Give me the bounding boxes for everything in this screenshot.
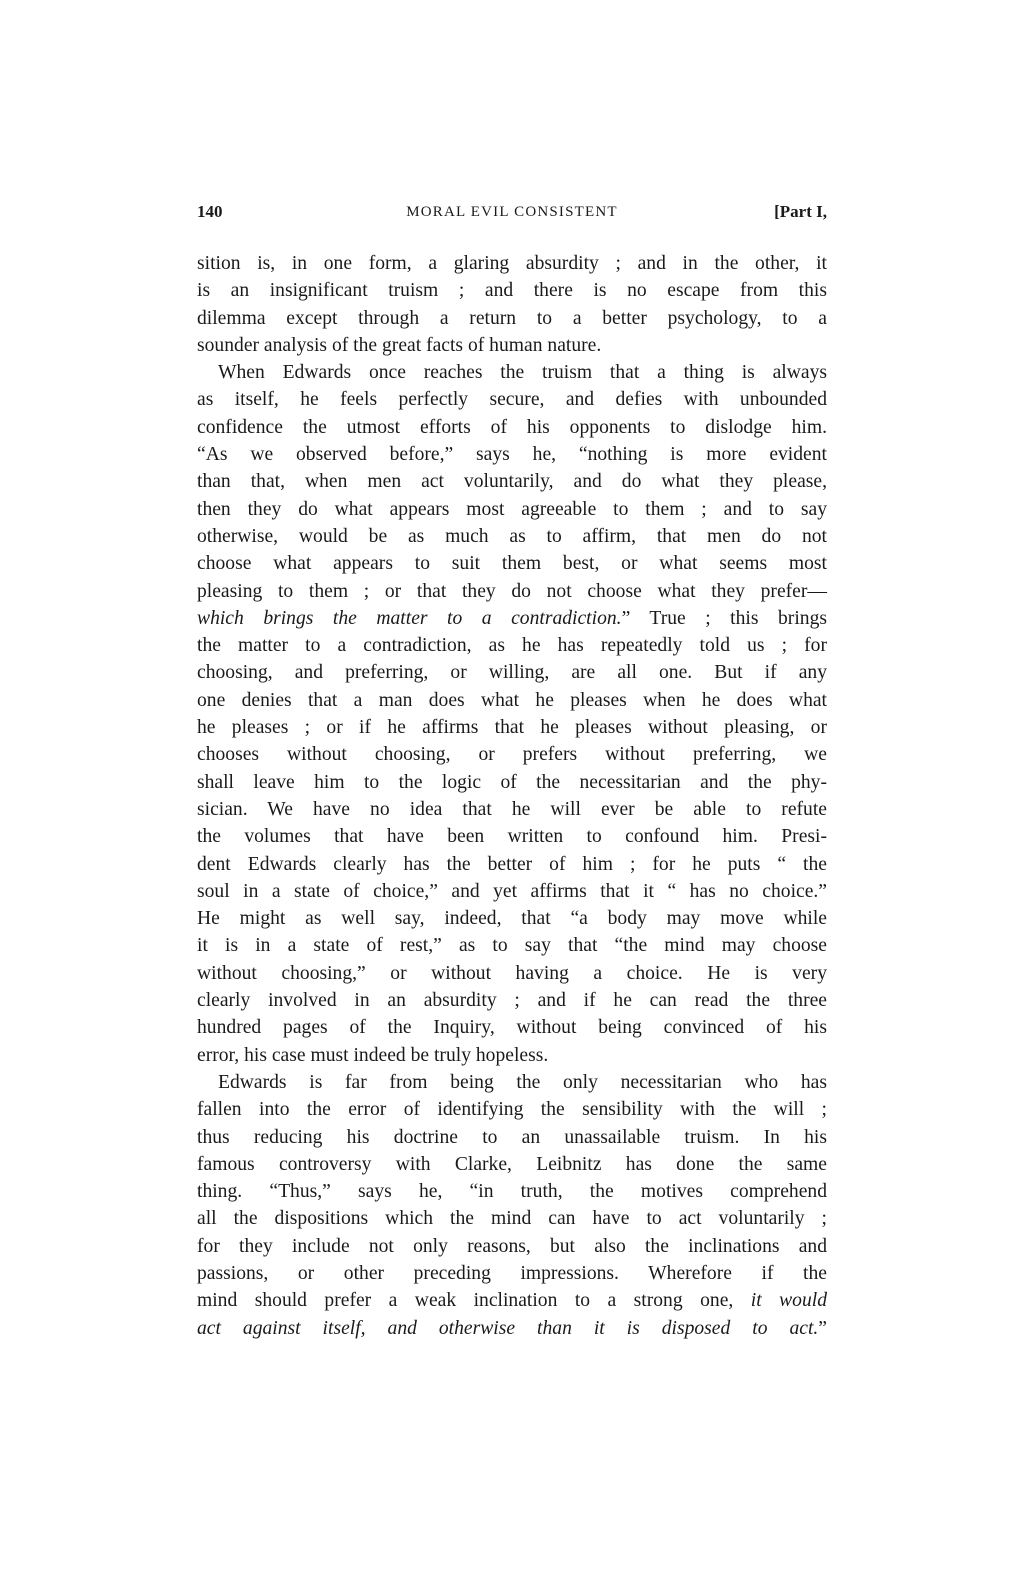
- text-line: is an insignificant truism ; and there i…: [197, 277, 827, 304]
- text-line: fallen into the error of identifying the…: [197, 1096, 827, 1123]
- line-text: clearly involved in an absurdity ; and i…: [197, 990, 827, 1011]
- line-text: dent Edwards clearly has the better of h…: [197, 854, 827, 875]
- line-text: one denies that a man does what he pleas…: [197, 690, 827, 711]
- line-text: error, his case must indeed be truly hop…: [197, 1045, 548, 1066]
- line-text: than that, when men act voluntarily, and…: [197, 471, 827, 492]
- text-line: famous controversy with Clarke, Leibnitz…: [197, 1151, 827, 1178]
- italic-text: which brings the matter to a contradicti…: [197, 608, 622, 629]
- text-line: When Edwards once reaches the truism tha…: [197, 359, 827, 386]
- line-text: dilemma except through a return to a bet…: [197, 308, 827, 329]
- line-text: sician. We have no idea that he will eve…: [197, 799, 827, 820]
- line-text: is an insignificant truism ; and there i…: [197, 280, 827, 301]
- line-text: sition is, in one form, a glaring absurd…: [197, 253, 827, 274]
- line-text: for they include not only reasons, but a…: [197, 1236, 827, 1257]
- text-line: clearly involved in an absurdity ; and i…: [197, 987, 827, 1014]
- text-line: sician. We have no idea that he will eve…: [197, 796, 827, 823]
- line-text: Edwards is far from being the only neces…: [218, 1072, 827, 1093]
- italic-text: act against itself, and otherwise than i…: [197, 1318, 818, 1339]
- text-line: thus reducing his doctrine to an unassai…: [197, 1124, 827, 1151]
- text-line: the volumes that have been written to co…: [197, 823, 827, 850]
- line-text: choosing, and preferring, or willing, ar…: [197, 662, 827, 683]
- text-line: Edwards is far from being the only neces…: [197, 1069, 827, 1096]
- line-text: “As we observed before,” says he, “nothi…: [197, 444, 827, 465]
- text-line: mind should prefer a weak inclination to…: [197, 1287, 827, 1314]
- text-line: “As we observed before,” says he, “nothi…: [197, 441, 827, 468]
- text-line: sition is, in one form, a glaring absurd…: [197, 250, 827, 277]
- running-head: 140 MORAL EVIL CONSISTENT [Part I,: [197, 200, 827, 224]
- line-text: pleasing to them ; or that they do not c…: [197, 581, 827, 602]
- text-line: dent Edwards clearly has the better of h…: [197, 851, 827, 878]
- text-line: sounder analysis of the great facts of h…: [197, 332, 827, 359]
- text-line: thing. “Thus,” says he, “in truth, the m…: [197, 1178, 827, 1205]
- line-text: ” True ; this brings: [622, 608, 827, 629]
- book-page: 140 MORAL EVIL CONSISTENT [Part I, sitio…: [197, 200, 827, 1342]
- line-text: confidence the utmost efforts of his opp…: [197, 417, 827, 438]
- line-text: otherwise, would be as much as to affirm…: [197, 526, 827, 547]
- text-line: pleasing to them ; or that they do not c…: [197, 578, 827, 605]
- text-line: choosing, and preferring, or willing, ar…: [197, 659, 827, 686]
- line-text: thus reducing his doctrine to an unassai…: [197, 1127, 827, 1148]
- line-text: sounder analysis of the great facts of h…: [197, 335, 601, 356]
- text-line: choose what appears to suit them best, o…: [197, 550, 827, 577]
- line-text: the matter to a contradiction, as he has…: [197, 635, 827, 656]
- line-text: thing. “Thus,” says he, “in truth, the m…: [197, 1181, 827, 1202]
- line-text: shall leave him to the logic of the nece…: [197, 772, 827, 793]
- text-line: which brings the matter to a contradicti…: [197, 605, 827, 632]
- text-line: passions, or other preceding impressions…: [197, 1260, 827, 1287]
- line-text: then they do what appears most agreeable…: [197, 499, 827, 520]
- line-text: as itself, he feels perfectly secure, an…: [197, 389, 827, 410]
- line-text: passions, or other preceding impressions…: [197, 1263, 827, 1284]
- text-line: otherwise, would be as much as to affirm…: [197, 523, 827, 550]
- line-text: the volumes that have been written to co…: [197, 826, 827, 847]
- line-text: When Edwards once reaches the truism tha…: [218, 362, 827, 383]
- body-text: sition is, in one form, a glaring absurd…: [197, 250, 827, 1342]
- text-line: confidence the utmost efforts of his opp…: [197, 414, 827, 441]
- text-line: chooses without choosing, or prefers wit…: [197, 741, 827, 768]
- line-text: mind should prefer a weak inclination to…: [197, 1290, 751, 1311]
- text-line: soul in a state of choice,” and yet affi…: [197, 878, 827, 905]
- text-line: all the dispositions which the mind can …: [197, 1205, 827, 1232]
- line-text: choose what appears to suit them best, o…: [197, 553, 827, 574]
- line-text: hundred pages of the Inquiry, without be…: [197, 1017, 827, 1038]
- italic-text: it would: [751, 1290, 827, 1311]
- line-text: ”: [818, 1318, 827, 1339]
- line-text: chooses without choosing, or prefers wit…: [197, 744, 827, 765]
- line-text: fallen into the error of identifying the…: [197, 1099, 827, 1120]
- text-line: for they include not only reasons, but a…: [197, 1233, 827, 1260]
- running-title: MORAL EVIL CONSISTENT: [197, 200, 827, 224]
- text-line: the matter to a contradiction, as he has…: [197, 632, 827, 659]
- text-line: one denies that a man does what he pleas…: [197, 687, 827, 714]
- text-line: error, his case must indeed be truly hop…: [197, 1042, 827, 1069]
- line-text: soul in a state of choice,” and yet affi…: [197, 881, 827, 902]
- text-line: as itself, he feels perfectly secure, an…: [197, 386, 827, 413]
- text-line: than that, when men act voluntarily, and…: [197, 468, 827, 495]
- text-line: then they do what appears most agreeable…: [197, 496, 827, 523]
- line-text: it is in a state of rest,” as to say tha…: [197, 935, 827, 956]
- text-line: He might as well say, indeed, that “a bo…: [197, 905, 827, 932]
- part-label: [Part I,: [774, 200, 827, 224]
- text-line: without choosing,” or without having a c…: [197, 960, 827, 987]
- text-line: it is in a state of rest,” as to say tha…: [197, 932, 827, 959]
- text-line: dilemma except through a return to a bet…: [197, 305, 827, 332]
- line-text: famous controversy with Clarke, Leibnitz…: [197, 1154, 827, 1175]
- text-line: act against itself, and otherwise than i…: [197, 1315, 827, 1342]
- line-text: he pleases ; or if he affirms that he pl…: [197, 717, 827, 738]
- line-text: He might as well say, indeed, that “a bo…: [197, 908, 827, 929]
- text-line: shall leave him to the logic of the nece…: [197, 769, 827, 796]
- text-line: he pleases ; or if he affirms that he pl…: [197, 714, 827, 741]
- line-text: without choosing,” or without having a c…: [197, 963, 827, 984]
- text-line: hundred pages of the Inquiry, without be…: [197, 1014, 827, 1041]
- line-text: all the dispositions which the mind can …: [197, 1208, 827, 1229]
